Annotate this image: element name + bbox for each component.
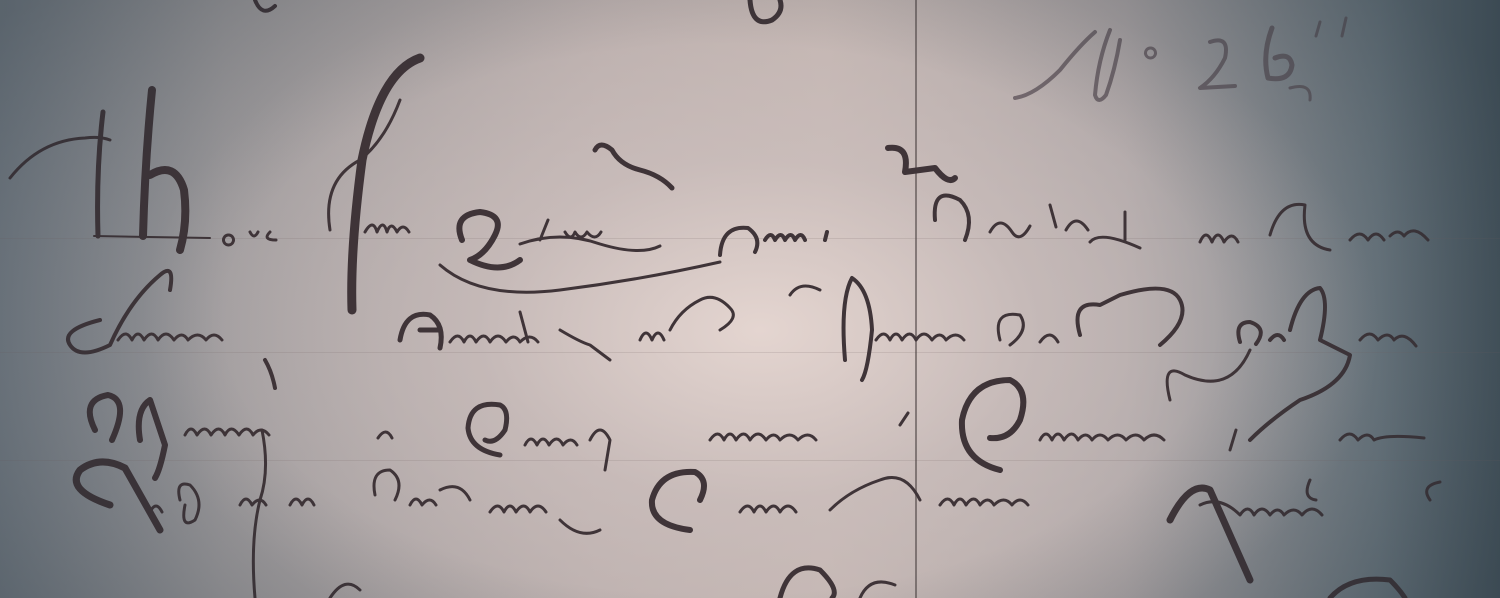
page-number bbox=[1015, 18, 1346, 100]
handwriting-strokes bbox=[0, 0, 1500, 598]
manuscript-page: № 28 Нѧ лѣта ѕ҃ з҃ ... дѧвнѧ ... побитъ … bbox=[0, 0, 1500, 598]
